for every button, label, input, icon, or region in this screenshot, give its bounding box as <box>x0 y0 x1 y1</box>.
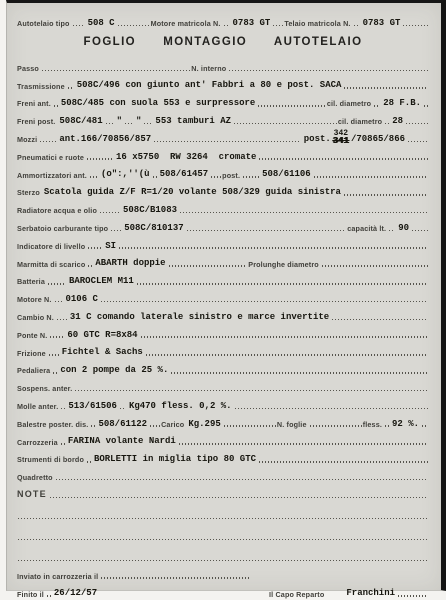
dotted-leader <box>106 123 114 125</box>
field-value: 31 C comando laterale sinistro e marce i… <box>68 313 331 323</box>
field-value: 26/12/57 <box>52 589 99 599</box>
dotted-leader <box>61 408 65 410</box>
dotted-leader <box>259 158 428 160</box>
field-value: 28 F.B. <box>381 99 423 109</box>
field-label: fless. <box>363 421 384 430</box>
dotted-leader <box>314 176 428 178</box>
document-photo: Autotelaio tipo508 CMotore matricola N.0… <box>6 0 446 591</box>
field-label: cil. diametro <box>327 100 373 109</box>
row-freni-ant: Freni ant.508C/485 con suola 553 e surpr… <box>17 91 429 109</box>
row-carrozzeria: CarrozzeriaFARINA volante Nardi <box>17 430 429 448</box>
dotted-leader <box>18 518 428 520</box>
field-label: Molle anter. <box>17 403 60 412</box>
row-quadretto: Quadretto <box>17 465 429 483</box>
row-balestre: Balestre poster. dis.508/61122CaricoKg.2… <box>17 412 429 430</box>
dotted-leader <box>406 123 428 125</box>
field-value: 508/61122 <box>96 420 149 430</box>
dotted-leader <box>55 301 63 303</box>
row-motore: Motore N.0106 C <box>17 287 429 305</box>
field-value: BORLETTI in miglia tipo 80 GTC <box>92 455 258 465</box>
row-sterzo: SterzoScatola guida Z/F R=1/20 volante 5… <box>17 180 429 198</box>
dotted-leader <box>50 336 64 338</box>
dotted-leader <box>48 283 66 285</box>
dotted-leader <box>153 176 157 178</box>
field-label: Serbatoio carburante tipo <box>17 225 110 234</box>
field-label: Cambio N. <box>17 314 56 323</box>
field-label: Prolunghe diametro <box>248 261 321 270</box>
header-row: Autotelaio tipo508 CMotore matricola N.0… <box>17 11 429 29</box>
dotted-leader <box>125 123 133 125</box>
dotted-leader <box>144 123 152 125</box>
dotted-leader <box>18 560 428 562</box>
field-label: Freni post. <box>17 118 57 127</box>
dotted-leader <box>47 595 51 597</box>
dotted-leader <box>322 265 428 267</box>
dotted-leader <box>88 247 102 249</box>
field-label: NOTE <box>17 490 49 501</box>
field-value: 508C/496 con giunto ant' Fabbri a 80 e p… <box>75 81 344 91</box>
dotted-leader <box>75 390 428 392</box>
dotted-leader <box>73 25 85 27</box>
field-value: (o":,''(ù <box>99 170 152 180</box>
dotted-leader <box>385 123 389 125</box>
field-value: Kg470 fless. 0,2 %. <box>127 402 234 412</box>
field-value: 92 %. <box>390 420 421 430</box>
dotted-leader <box>424 105 428 107</box>
field-label: Il Capo Reparto <box>269 591 326 600</box>
field-value: 508C/481 <box>57 117 104 127</box>
dotted-leader <box>180 212 428 214</box>
field-label: Batteria <box>17 278 47 287</box>
dotted-leader <box>56 479 428 481</box>
field-label: Passo <box>17 65 41 74</box>
dotted-leader <box>100 212 120 214</box>
dotted-leader <box>137 283 428 285</box>
dotted-leader <box>403 25 428 27</box>
title-row: FOGLIO MONTAGGIO AUTOTELAIO <box>17 30 429 55</box>
dotted-leader <box>422 425 428 427</box>
field-value: 16 x5750 RW 3264 cromate <box>114 153 258 163</box>
field-label: post. <box>222 172 242 181</box>
field-label: Inviato in carrozzeria il <box>17 573 100 582</box>
dotted-leader <box>332 319 428 321</box>
row-sospensioni: Sospens. anter. <box>17 376 429 394</box>
dotted-leader <box>412 230 428 232</box>
dotted-leader <box>310 425 362 427</box>
dotted-leader <box>273 25 283 27</box>
field-value: Franchini <box>344 589 397 599</box>
row-note: NOTE <box>17 483 429 501</box>
dotted-leader <box>258 105 326 107</box>
row-mozzi: Mozziant.166/70856/857post.342341/70865/… <box>17 127 429 145</box>
dotted-leader <box>57 319 67 321</box>
field-label: Mozzi <box>17 136 39 145</box>
field-label: Indicatore di livello <box>17 243 87 252</box>
field-value: 508C/485 con suola 553 e surpressore <box>59 99 257 109</box>
note-line <box>17 543 429 564</box>
dotted-leader <box>408 141 428 143</box>
field-value: 508/61457 <box>158 170 211 180</box>
field-value: 508C/B1083 <box>121 206 179 216</box>
corrected-value: 342341 <box>333 130 349 146</box>
row-inviato: Inviato in carrozzeria il <box>17 564 429 582</box>
row-cambio: Cambio N.31 C comando laterale sinistro … <box>17 305 429 323</box>
row-strumenti: Strumenti di bordoBORLETTI in miglia tip… <box>17 447 429 465</box>
dotted-leader <box>259 461 428 463</box>
dotted-leader <box>101 577 251 579</box>
row-trasmissione: Trasmissione508C/496 con giunto ant' Fab… <box>17 74 429 92</box>
field-label: Trasmissione <box>17 83 67 92</box>
dotted-leader <box>68 87 74 89</box>
field-label: Sterzo <box>17 189 42 198</box>
field-label: Balestre poster. dis. <box>17 421 90 430</box>
field-label: Pedaliera <box>17 367 52 376</box>
dotted-leader <box>61 443 65 445</box>
field-label: N. foglie <box>277 421 309 430</box>
field-value: 0106 C <box>64 295 100 305</box>
field-label: Marmitta di scarico <box>17 261 87 270</box>
dotted-leader <box>389 230 395 232</box>
dotted-leader <box>179 443 428 445</box>
dotted-leader <box>101 301 428 303</box>
dotted-leader <box>146 354 428 356</box>
field-value: Kg.295 <box>186 420 222 430</box>
dotted-leader <box>171 372 428 374</box>
field-value: 28 <box>390 117 405 127</box>
field-value: /70865/866 <box>349 135 407 145</box>
dotted-leader <box>243 176 259 178</box>
dotted-leader <box>18 539 428 541</box>
row-frizione: FrizioneFichtel & Sachs <box>17 341 429 359</box>
dotted-leader <box>385 425 389 427</box>
dotted-leader <box>398 595 428 597</box>
header-row-container: Autotelaio tipo508 CMotore matricola N.0… <box>17 11 429 29</box>
field-value: FARINA volante Nardi <box>66 437 178 447</box>
row-freni-post: Freni post.508C/481""553 tamburi AZcil. … <box>17 109 429 127</box>
field-label: Ponte N. <box>17 332 49 341</box>
dotted-leader <box>119 247 428 249</box>
dotted-leader <box>120 408 126 410</box>
form-title: FOGLIO MONTAGGIO AUTOTELAIO <box>84 36 363 48</box>
dotted-leader <box>91 425 95 427</box>
field-value: 513/61506 <box>66 402 119 412</box>
field-value: ant.166/70856/857 <box>57 135 153 145</box>
note-line <box>17 501 429 522</box>
field-value: 553 tamburi AZ <box>153 117 233 127</box>
field-label: Carico <box>161 421 186 430</box>
field-label: Ammortizzatori ant. <box>17 172 89 181</box>
field-value: Scatola guida Z/F R=1/20 volante 508/329… <box>42 188 343 198</box>
field-value: post. <box>302 135 333 145</box>
dotted-leader <box>88 265 92 267</box>
field-label: Motore N. <box>17 296 54 305</box>
dotted-leader <box>374 105 380 107</box>
form-rows: PassoN. internoTrasmissione508C/496 con … <box>17 56 429 600</box>
field-value: 90 <box>396 224 411 234</box>
dotted-leader <box>150 425 160 427</box>
field-value: ABARTH doppie <box>93 259 167 269</box>
field-label: Motore matricola N. <box>151 20 223 29</box>
field-value: 508 C <box>86 19 117 29</box>
field-label: Radiatore acqua e olio <box>17 207 99 216</box>
field-value: 60 GTC R=8x84 <box>65 331 139 341</box>
row-radiatore: Radiatore acqua e olio508C/B1083 <box>17 198 429 216</box>
dotted-leader <box>154 141 301 143</box>
dotted-leader <box>87 158 113 160</box>
dotted-leader <box>224 25 230 27</box>
dotted-leader <box>169 265 248 267</box>
field-value: 0783 GT <box>361 19 403 29</box>
dotted-leader <box>40 141 56 143</box>
field-value: 508C/810137 <box>122 224 185 234</box>
field-value: " <box>134 117 143 127</box>
dotted-leader <box>118 25 150 27</box>
field-label: Sospens. anter. <box>17 385 74 394</box>
dotted-leader <box>229 70 428 72</box>
field-label: Strumenti di bordo <box>17 456 86 465</box>
field-label: Freni ant. <box>17 100 53 109</box>
field-label: Quadretto <box>17 474 55 483</box>
dotted-leader <box>87 461 91 463</box>
field-label: Autotelaio tipo <box>17 20 72 29</box>
dotted-leader <box>354 25 360 27</box>
row-serbatoio: Serbatoio carburante tipo508C/810137capa… <box>17 216 429 234</box>
dotted-leader <box>49 354 59 356</box>
dotted-leader <box>187 230 347 232</box>
dotted-leader <box>111 230 121 232</box>
field-value: BAROCLEM M11 <box>67 277 136 287</box>
row-pneumatici: Pneumatici e ruote16 x5750 RW 3264 croma… <box>17 145 429 163</box>
dotted-leader <box>54 105 58 107</box>
field-label: Finito il <box>17 591 46 600</box>
field-label: Frizione <box>17 350 48 359</box>
dotted-leader <box>344 194 428 196</box>
dotted-leader <box>224 425 276 427</box>
dotted-leader <box>234 123 337 125</box>
assembly-sheet: Autotelaio tipo508 CMotore matricola N.0… <box>7 3 441 590</box>
field-value: 0783 GT <box>231 19 273 29</box>
field-label: Pneumatici e ruote <box>17 154 86 163</box>
field-value: con 2 pompe da 25 %. <box>58 366 170 376</box>
field-value: " <box>115 117 124 127</box>
field-label: Carrozzeria <box>17 439 60 448</box>
row-ponte: Ponte N.60 GTC R=8x84 <box>17 323 429 341</box>
dotted-leader <box>53 372 57 374</box>
field-value: Fichtel & Sachs <box>60 348 145 358</box>
field-label: N. interno <box>191 65 228 74</box>
dotted-leader <box>90 176 98 178</box>
row-pedaliera: Pedalieracon 2 pompe da 25 %. <box>17 358 429 376</box>
row-ammortizzatori: Ammortizzatori ant.(o":,''(ù508/61457pos… <box>17 163 429 181</box>
dotted-leader <box>235 408 428 410</box>
field-value: 508/61106 <box>260 170 313 180</box>
field-label: cil. diametro <box>338 118 384 127</box>
row-molle: Molle anter.513/61506Kg470 fless. 0,2 %. <box>17 394 429 412</box>
field-label: Telaio matricola N. <box>284 20 352 29</box>
note-line <box>17 522 429 543</box>
row-marmitta: Marmitta di scaricoABARTH doppieProlungh… <box>17 252 429 270</box>
row-passo: PassoN. interno <box>17 56 429 74</box>
row-batteria: BatteriaBAROCLEM M11 <box>17 269 429 287</box>
field-label: capacità lt. <box>347 225 388 234</box>
field-value: SI <box>103 242 118 252</box>
row-indicatore: Indicatore di livelloSI <box>17 234 429 252</box>
dotted-leader <box>50 497 428 499</box>
dotted-leader <box>141 336 428 338</box>
dotted-leader <box>344 87 428 89</box>
row-finito: Finito il26/12/57Il Capo RepartoFranchin… <box>17 582 429 600</box>
dotted-leader <box>42 70 190 72</box>
dotted-leader <box>211 176 221 178</box>
